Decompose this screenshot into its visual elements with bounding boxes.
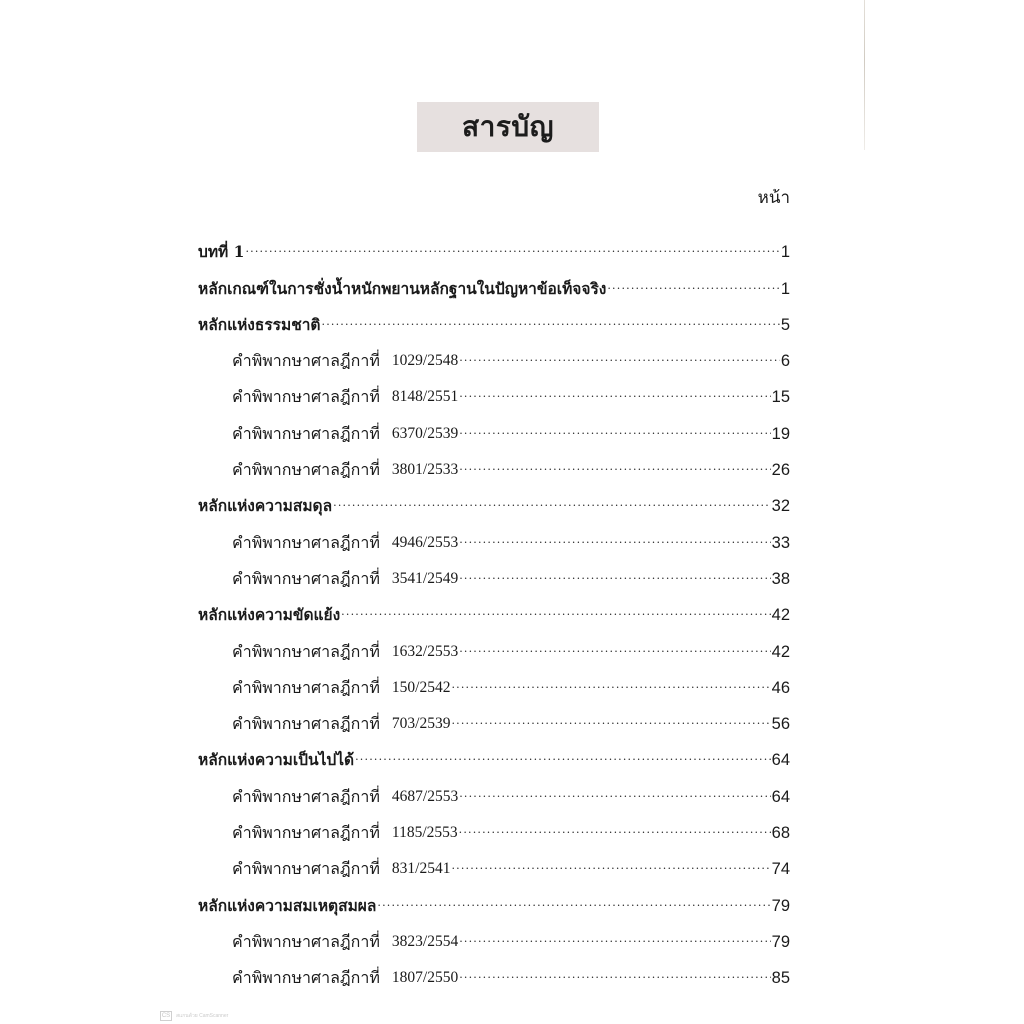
toc-page-number: 74 (772, 859, 790, 879)
toc-entry-label: คำพิพากษาศาลฎีกาที่ (232, 569, 380, 589)
dot-leader (459, 424, 770, 444)
toc-page-number: 85 (772, 968, 790, 988)
dot-leader (451, 714, 770, 734)
toc-entry-label: บทที่ 1 (198, 242, 244, 262)
toc-entry-label: คำพิพากษาศาลฎีกาที่ (232, 787, 380, 807)
toc-entry-label: คำพิพากษาศาลฎีกาที่ (232, 714, 380, 734)
toc-case-number: 8148/2551 (392, 387, 458, 407)
toc-case-number: 1029/2548 (392, 351, 458, 371)
toc-section-entry: หลักแห่งธรรมชาติ5 (198, 299, 790, 335)
toc-case-entry: คำพิพากษาศาลฎีกาที่4946/255333 (198, 516, 790, 552)
toc-case-number: 6370/2539 (392, 424, 458, 444)
toc-entry-label: หลักเกณฑ์ในการชั่งน้ำหนักพยานหลักฐานในปั… (198, 279, 606, 299)
toc-case-entry: คำพิพากษาศาลฎีกาที่150/254246 (198, 662, 790, 698)
toc-case-number: 1632/2553 (392, 642, 458, 662)
table-of-contents: บทที่ 11หลักเกณฑ์ในการชั่งน้ำหนักพยานหลั… (198, 226, 790, 988)
toc-case-number: 1185/2553 (392, 823, 458, 843)
camscanner-logo-icon: CS (160, 1011, 172, 1021)
toc-entry-label: หลักแห่งความสมดุล (198, 496, 332, 516)
toc-title: สารบัญ (462, 105, 554, 149)
toc-case-number: 831/2541 (392, 859, 451, 879)
dot-leader (459, 460, 770, 480)
toc-section-entry: บทที่ 11 (198, 226, 790, 262)
toc-case-number: 4946/2553 (392, 533, 458, 553)
toc-entry-label: หลักแห่งความสมเหตุสมผล (198, 896, 376, 916)
dot-leader (451, 859, 770, 879)
dot-leader (459, 351, 780, 371)
toc-entry-label: หลักแห่งธรรมชาติ (198, 315, 321, 335)
toc-page-number: 42 (772, 605, 790, 625)
toc-page-number: 15 (772, 387, 790, 407)
toc-page-number: 1 (781, 279, 790, 299)
dot-leader (355, 750, 771, 770)
dot-leader (377, 896, 770, 916)
camscanner-watermark: CS สแกนด้วย CamScanner (160, 1011, 228, 1021)
toc-page-number: 46 (772, 678, 790, 698)
dot-leader (245, 242, 779, 262)
toc-entry-label: หลักแห่งความเป็นไปได้ (198, 750, 354, 770)
toc-page-number: 32 (772, 496, 790, 516)
toc-case-entry: คำพิพากษาศาลฎีกาที่1807/255085 (198, 952, 790, 988)
toc-case-number: 3823/2554 (392, 932, 458, 952)
toc-case-entry: คำพิพากษาศาลฎีกาที่4687/255364 (198, 770, 790, 806)
toc-case-entry: คำพิพากษาศาลฎีกาที่8148/255115 (198, 371, 790, 407)
toc-title-box: สารบัญ (417, 102, 599, 152)
dot-leader (607, 279, 779, 299)
toc-page-number: 5 (781, 315, 790, 335)
toc-page-number: 56 (772, 714, 790, 734)
toc-case-number: 150/2542 (392, 678, 451, 698)
toc-case-entry: คำพิพากษาศาลฎีกาที่703/253956 (198, 698, 790, 734)
toc-case-number: 3541/2549 (392, 569, 458, 589)
toc-case-entry: คำพิพากษาศาลฎีกาที่1029/25486 (198, 335, 790, 371)
toc-page-number: 26 (772, 460, 790, 480)
toc-case-number: 703/2539 (392, 714, 451, 734)
dot-leader (459, 642, 770, 662)
toc-page-number: 38 (772, 569, 790, 589)
watermark-text: สแกนด้วย CamScanner (176, 1012, 228, 1020)
toc-entry-label: คำพิพากษาศาลฎีกาที่ (232, 424, 380, 444)
toc-section-entry: หลักแห่งความสมเหตุสมผล79 (198, 879, 790, 915)
toc-section-entry: หลักเกณฑ์ในการชั่งน้ำหนักพยานหลักฐานในปั… (198, 262, 790, 298)
toc-entry-label: คำพิพากษาศาลฎีกาที่ (232, 968, 380, 988)
toc-page-number: 1 (781, 242, 790, 262)
toc-page-number: 64 (772, 787, 790, 807)
toc-case-entry: คำพิพากษาศาลฎีกาที่3801/253326 (198, 444, 790, 480)
toc-entry-label: คำพิพากษาศาลฎีกาที่ (232, 533, 380, 553)
dot-leader (459, 533, 770, 553)
toc-entry-label: คำพิพากษาศาลฎีกาที่ (232, 387, 380, 407)
toc-case-entry: คำพิพากษาศาลฎีกาที่831/254174 (198, 843, 790, 879)
toc-entry-label: คำพิพากษาศาลฎีกาที่ (232, 823, 380, 843)
toc-case-number: 1807/2550 (392, 968, 458, 988)
toc-entry-label: คำพิพากษาศาลฎีกาที่ (232, 351, 380, 371)
toc-page-number: 19 (772, 424, 790, 444)
toc-section-entry: หลักแห่งความสมดุล32 (198, 480, 790, 516)
toc-case-number: 3801/2533 (392, 460, 458, 480)
dot-leader (333, 496, 771, 516)
toc-case-entry: คำพิพากษาศาลฎีกาที่1632/255342 (198, 625, 790, 661)
toc-case-entry: คำพิพากษาศาลฎีกาที่3541/254938 (198, 553, 790, 589)
dot-leader (459, 968, 770, 988)
toc-section-entry: หลักแห่งความขัดแย้ง42 (198, 589, 790, 625)
dot-leader (451, 678, 770, 698)
toc-page-number: 68 (772, 823, 790, 843)
dot-leader (341, 605, 770, 625)
toc-page-number: 42 (772, 642, 790, 662)
dot-leader (459, 787, 770, 807)
page-column-header: หน้า (758, 184, 790, 211)
toc-page-number: 64 (772, 750, 790, 770)
dot-leader (459, 823, 771, 843)
toc-page-number: 79 (772, 896, 790, 916)
toc-page-number: 6 (781, 351, 790, 371)
toc-case-entry: คำพิพากษาศาลฎีกาที่1185/255368 (198, 807, 790, 843)
toc-page-number: 33 (772, 533, 790, 553)
toc-case-entry: คำพิพากษาศาลฎีกาที่6370/253919 (198, 407, 790, 443)
dot-leader (459, 932, 770, 952)
toc-page-number: 79 (772, 932, 790, 952)
toc-entry-label: คำพิพากษาศาลฎีกาที่ (232, 460, 380, 480)
dot-leader (459, 569, 770, 589)
toc-entry-label: หลักแห่งความขัดแย้ง (198, 605, 340, 625)
book-page-edge (864, 0, 865, 150)
toc-case-number: 4687/2553 (392, 787, 458, 807)
toc-entry-label: คำพิพากษาศาลฎีกาที่ (232, 859, 380, 879)
toc-entry-label: คำพิพากษาศาลฎีกาที่ (232, 678, 380, 698)
toc-entry-label: คำพิพากษาศาลฎีกาที่ (232, 642, 380, 662)
toc-case-entry: คำพิพากษาศาลฎีกาที่3823/255479 (198, 916, 790, 952)
toc-section-entry: หลักแห่งความเป็นไปได้64 (198, 734, 790, 770)
dot-leader (322, 315, 780, 335)
dot-leader (459, 387, 770, 407)
toc-entry-label: คำพิพากษาศาลฎีกาที่ (232, 932, 380, 952)
